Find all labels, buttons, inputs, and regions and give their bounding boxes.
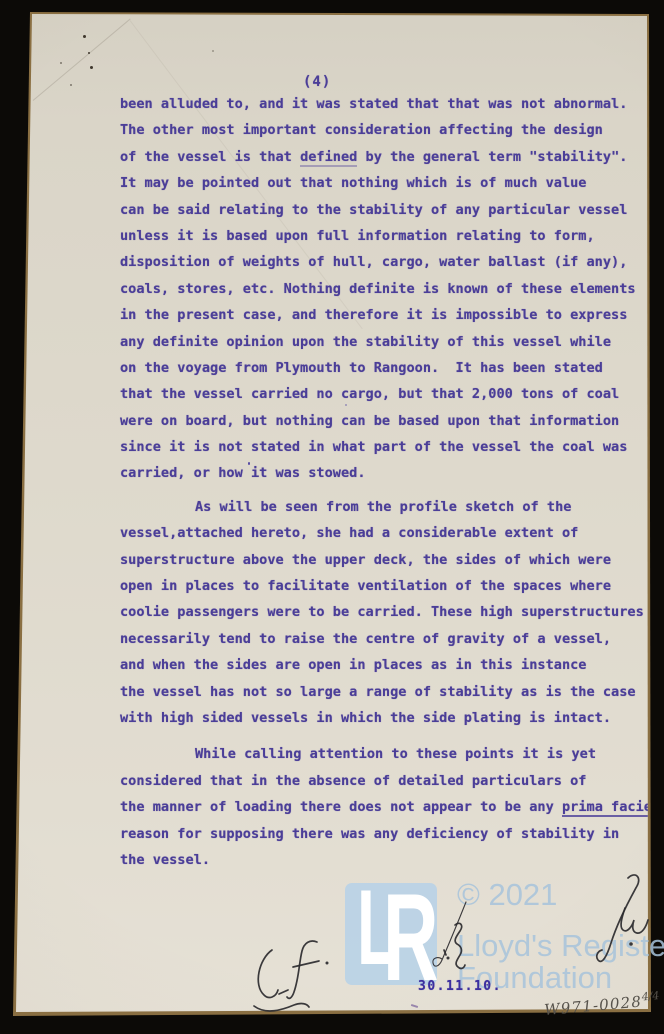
archive-reference-suffix: 4/4	[641, 989, 660, 1003]
typed-line: the manner of loading there does not app…	[120, 794, 650, 820]
paper-speck	[88, 52, 90, 54]
typed-line: considered that in the absence of detail…	[120, 768, 650, 794]
typed-line: It may be pointed out that nothing which…	[120, 170, 650, 196]
typed-line: The other most important consideration a…	[120, 117, 650, 143]
scanned-document-photo: (4) been alluded to, and it was stated t…	[0, 0, 664, 1034]
typed-line: in the present case, and therefore it is…	[120, 302, 650, 328]
typed-line: coals, stores, etc. Nothing definite is …	[120, 276, 650, 302]
paper-speck	[60, 62, 62, 64]
typed-text-block: been alluded to, and it was stated that …	[120, 91, 650, 873]
paper-speck	[212, 50, 214, 52]
typed-line: on the voyage from Plymouth to Rangoon. …	[120, 355, 650, 381]
typed-line: reason for supposing there was any defic…	[120, 821, 650, 847]
typed-line: carried, or how it was stowed.	[120, 460, 650, 486]
typed-line: While calling attention to these points …	[120, 741, 650, 767]
paper-crease	[33, 18, 131, 100]
ink-speck	[411, 1004, 418, 1008]
typed-line: that the vessel carried no cargo, but th…	[120, 381, 650, 407]
typed-paragraph: While calling attention to these points …	[120, 741, 650, 873]
typed-line: been alluded to, and it was stated that …	[120, 91, 650, 117]
typed-line: since it is not stated in what part of t…	[120, 434, 650, 460]
typed-line: vessel,attached hereto, she had a consid…	[120, 520, 650, 546]
paper-speck	[83, 35, 86, 38]
typed-line: As will be seen from the profile sketch …	[120, 494, 650, 520]
typed-line: necessarily tend to raise the centre of …	[120, 626, 650, 652]
date-stamp: 30.11.10.	[418, 979, 502, 994]
paper-speck	[70, 84, 72, 86]
page-number: (4)	[303, 74, 331, 90]
typed-line: superstructure above the upper deck, the…	[120, 547, 650, 573]
paper-sheet: (4) been alluded to, and it was stated t…	[0, 0, 664, 1034]
typed-paragraph: been alluded to, and it was stated that …	[120, 91, 650, 487]
typed-line: any definite opinion upon the stability …	[120, 329, 650, 355]
typed-paragraph: As will be seen from the profile sketch …	[120, 494, 650, 732]
typed-line: disposition of weights of hull, cargo, w…	[120, 249, 650, 275]
typed-line: and when the sides are open in places as…	[120, 652, 650, 678]
typed-line: open in places to facilitate ventilation…	[120, 573, 650, 599]
typed-line: the vessel has not so large a range of s…	[120, 679, 650, 705]
typed-line: can be said relating to the stability of…	[120, 197, 650, 223]
typed-line: of the vessel is that defined by the gen…	[120, 144, 650, 170]
typed-line: were on board, but nothing can be based …	[120, 408, 650, 434]
typed-line: unless it is based upon full information…	[120, 223, 650, 249]
typed-line: with high sided vessels in which the sid…	[120, 705, 650, 731]
typed-line: coolie passengers were to be carried. Th…	[120, 599, 650, 625]
paper-speck	[90, 66, 93, 69]
typed-line: the vessel.	[120, 847, 650, 873]
